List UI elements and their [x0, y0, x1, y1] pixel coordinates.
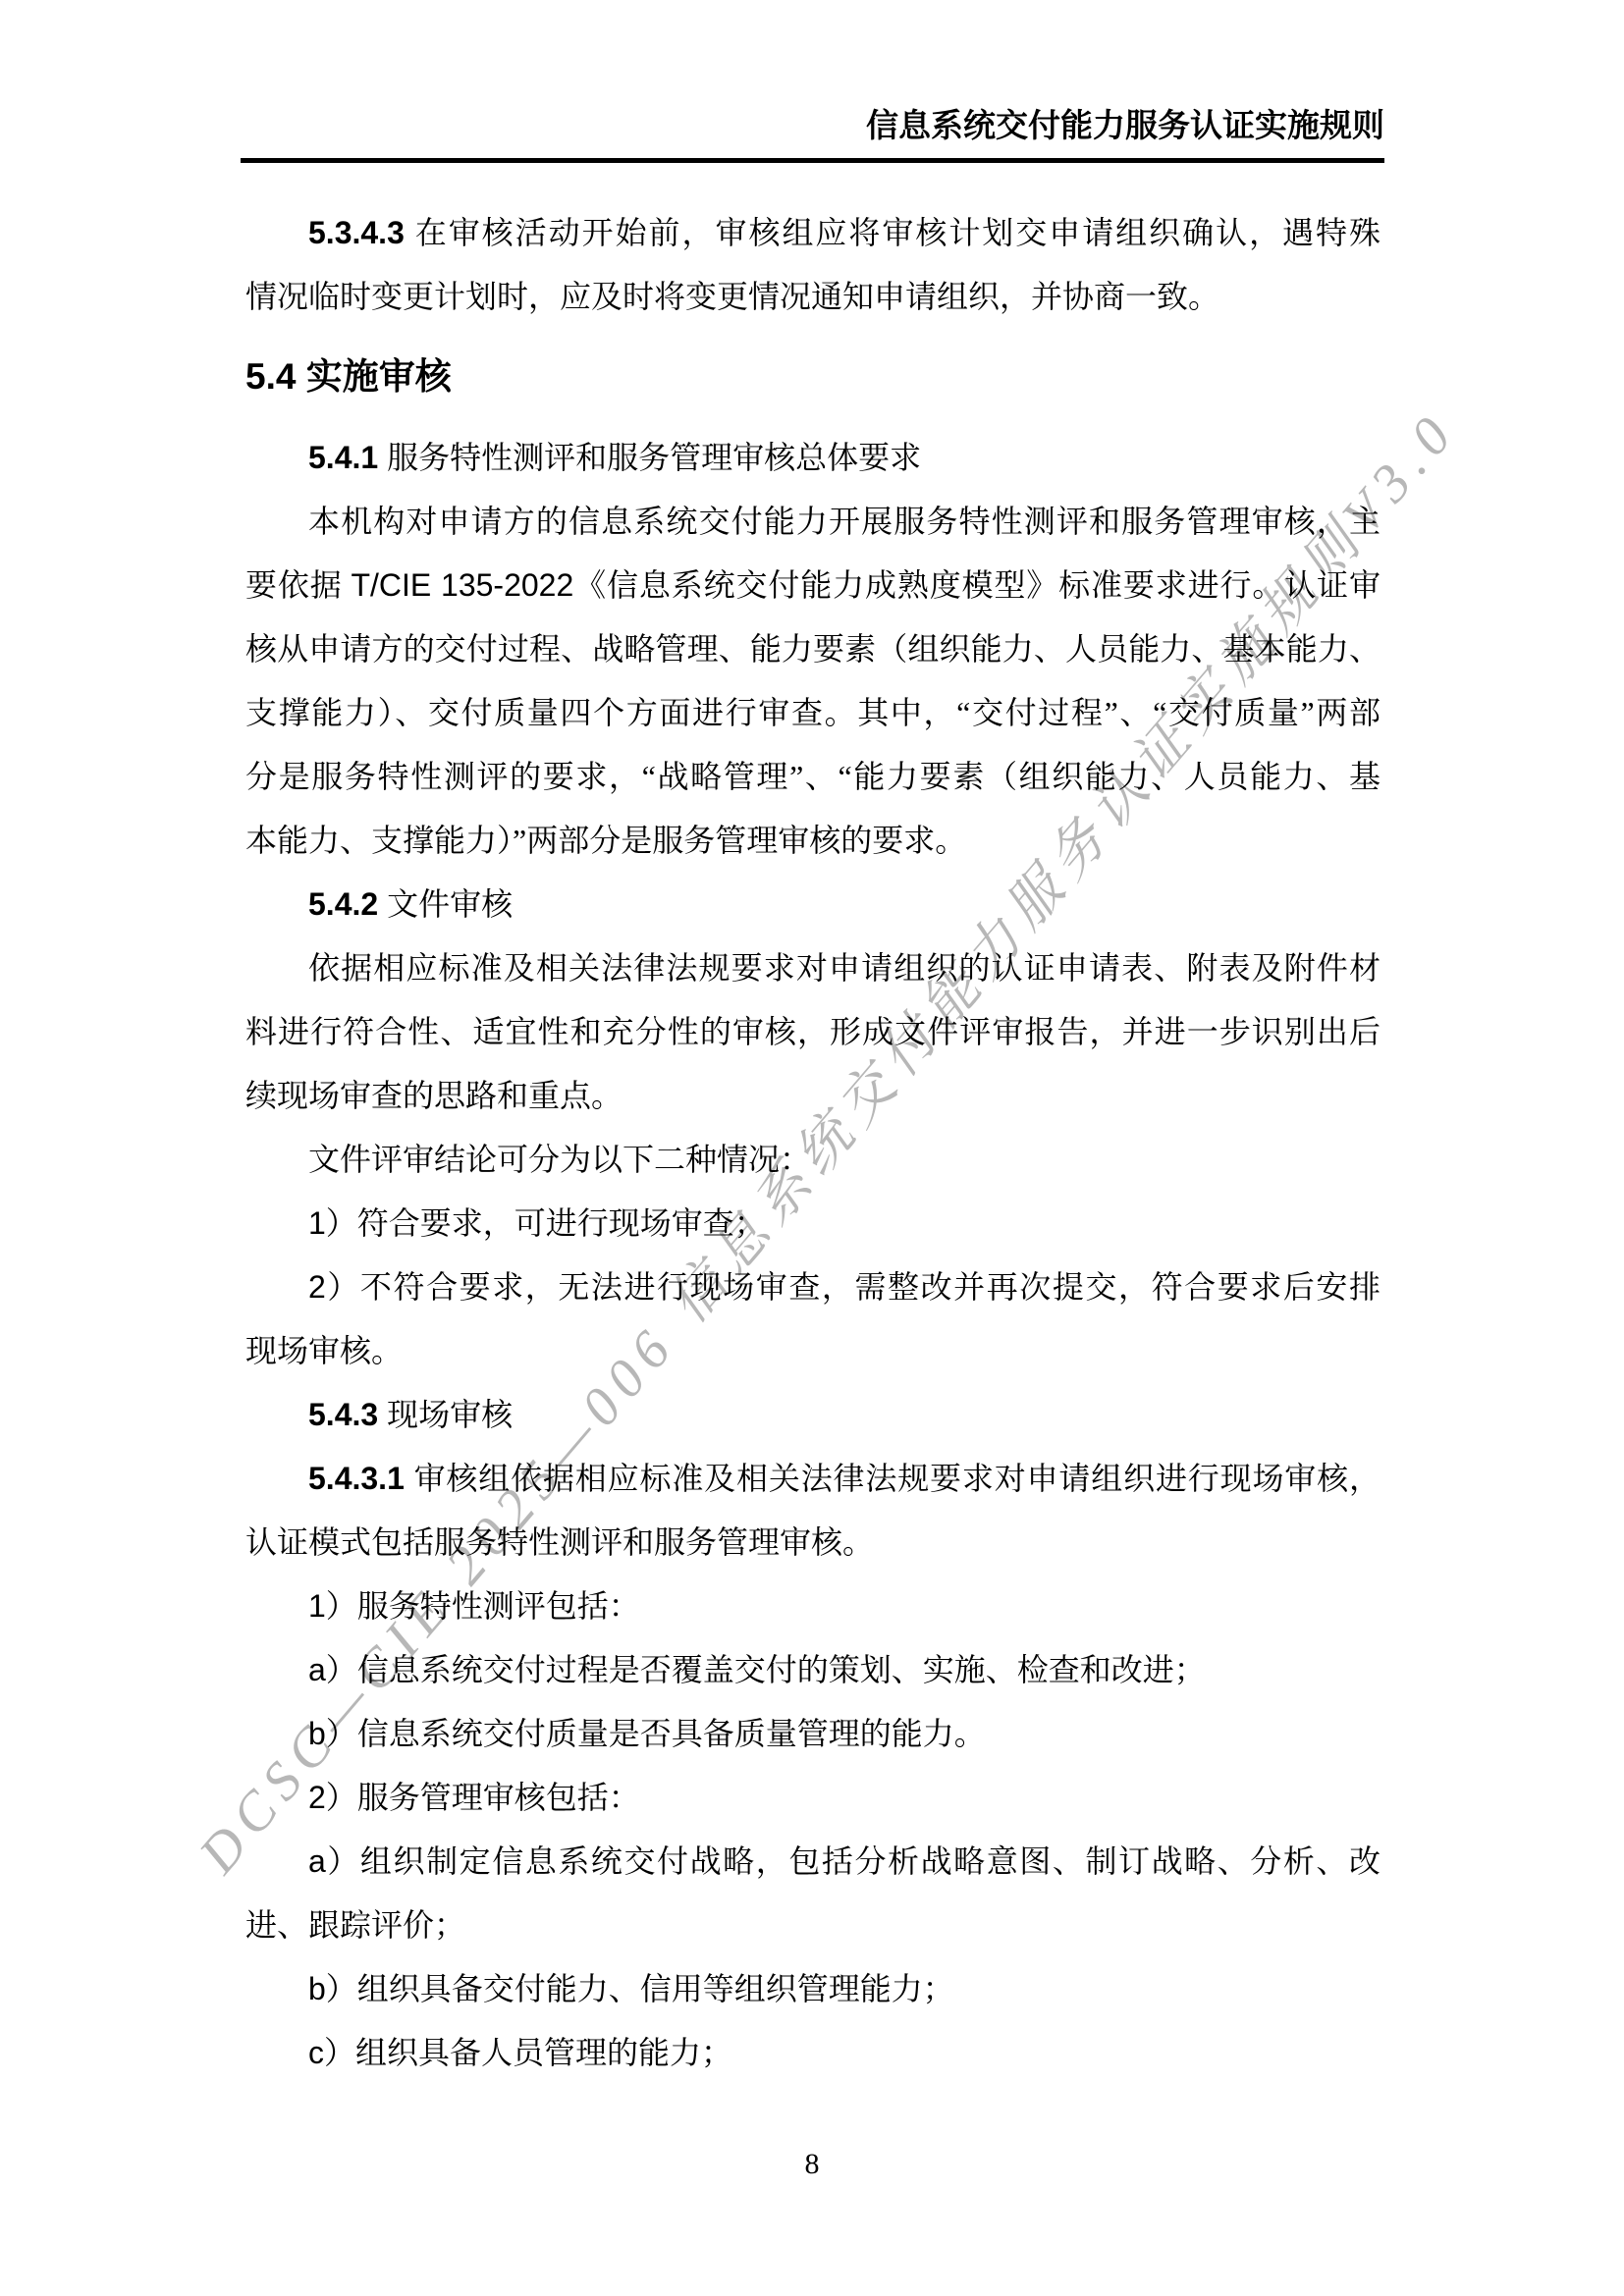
- text-line: 本机构对申请方的信息系统交付能力开展服务特性测评和服务管理审核，主: [245, 490, 1380, 554]
- text-line: 情况临时变更计划时，应及时将变更情况通知申请组织，并协商一致。: [245, 265, 1380, 329]
- text-line: 支撑能力）、交付质量四个方面进行审查。其中，“交付过程”、“交付质量”两部: [245, 681, 1380, 745]
- text-line: 进、跟踪评价；: [245, 1894, 1380, 1957]
- section-number: 5.4.3.1: [308, 1461, 414, 1496]
- text-segment: c: [308, 2035, 324, 2070]
- text-line: 5.4.3.1 审核组依据相应标准及相关法律法规要求对申请组织进行现场审核，: [245, 1447, 1380, 1511]
- text-line: 5.3.4.3 在审核活动开始前，审核组应将审核计划交申请组织确认，遇特殊: [245, 201, 1380, 265]
- text-segment: 2: [308, 1780, 326, 1815]
- page-header-title: 信息系统交付能力服务认证实施规则: [241, 108, 1384, 145]
- text-segment: 现场审核。: [245, 1333, 403, 1368]
- text-line: 现场审核。: [245, 1319, 1380, 1383]
- text-line: 2）服务管理审核包括：: [245, 1766, 1380, 1830]
- text-line: 1）符合要求，可进行现场审查；: [245, 1192, 1380, 1255]
- text-segment: 续现场审查的思路和重点。: [245, 1078, 623, 1113]
- text-segment: 在审核活动开始前，审核组应将审核计划交申请组织确认，遇特殊: [415, 215, 1380, 250]
- text-segment: 文件评审结论可分为以下二种情况：: [308, 1142, 811, 1177]
- text-segment: 支撑能力）、交付质量四个方面进行审查。其中，“交付过程”、“交付质量”两部: [245, 695, 1380, 730]
- section-number: 5.4.2: [308, 886, 387, 922]
- text-segment: 现场审核: [387, 1397, 513, 1432]
- text-segment: 情况临时变更计划时，应及时将变更情况通知申请组织，并协商一致。: [245, 279, 1219, 314]
- text-segment: T/CIE 135-2022: [351, 567, 573, 603]
- text-line: 要依据 T/CIE 135-2022《信息系统交付能力成熟度模型》标准要求进行。…: [245, 554, 1380, 617]
- text-segment: 《信息系统交付能力成熟度模型》标准要求进行。认证审: [573, 567, 1380, 603]
- text-segment: 认证模式包括服务特性测评和服务管理审核。: [245, 1524, 874, 1560]
- section-heading: 5.4 实施审核: [245, 345, 1380, 408]
- document-page: DCSC—CIE 2025—006 信息系统交付能力服务认证实施规则V3.0 信…: [0, 0, 1624, 2296]
- text-line: 5.4.2 文件审核: [245, 873, 1380, 936]
- section-number: 5.4.1: [308, 440, 387, 475]
- text-line: 文件评审结论可分为以下二种情况：: [245, 1128, 1380, 1192]
- text-line: 1）服务特性测评包括：: [245, 1575, 1380, 1638]
- text-line: 续现场审查的思路和重点。: [245, 1064, 1380, 1128]
- text-segment: ）信息系统交付质量是否具备质量管理的能力。: [326, 1716, 986, 1751]
- text-segment: 核从申请方的交付过程、战略管理、能力要素（组织能力、人员能力、基本能力、: [245, 631, 1380, 667]
- text-line: b）组织具备交付能力、信用等组织管理能力；: [245, 1957, 1380, 2021]
- text-segment: ）组织具备交付能力、信用等组织管理能力；: [326, 1971, 954, 2006]
- text-line: c）组织具备人员管理的能力；: [245, 2021, 1380, 2085]
- text-segment: 本机构对申请方的信息系统交付能力开展服务特性测评和服务管理审核，主: [308, 504, 1380, 539]
- text-segment: 依据相应标准及相关法律法规要求对申请组织的认证申请表、附表及附件材: [308, 950, 1380, 986]
- text-line: a）信息系统交付过程是否覆盖交付的策划、实施、检查和改进；: [245, 1638, 1380, 1702]
- text-line: 认证模式包括服务特性测评和服务管理审核。: [245, 1511, 1380, 1575]
- text-segment: ）信息系统交付过程是否覆盖交付的策划、实施、检查和改进；: [326, 1652, 1206, 1687]
- text-line: 依据相应标准及相关法律法规要求对申请组织的认证申请表、附表及附件材: [245, 936, 1380, 1000]
- text-segment: ）符合要求，可进行现场审查；: [326, 1205, 766, 1241]
- text-segment: b: [308, 1971, 326, 2006]
- document-body: 5.3.4.3 在审核活动开始前，审核组应将审核计划交申请组织确认，遇特殊情况临…: [245, 201, 1380, 2085]
- text-segment: 审核组依据相应标准及相关法律法规要求对申请组织进行现场审核，: [414, 1461, 1380, 1496]
- text-segment: 实施审核: [306, 357, 452, 398]
- section-number: 5.4.3: [308, 1397, 387, 1432]
- section-number: 5.4: [245, 356, 306, 397]
- text-segment: 服务特性测评和服务管理审核总体要求: [387, 440, 921, 475]
- text-line: 料进行符合性、适宜性和充分性的审核，形成文件评审报告，并进一步识别出后: [245, 1000, 1380, 1064]
- text-line: 5.4.3 现场审核: [245, 1383, 1380, 1447]
- text-segment: 分是服务特性测评的要求，“战略管理”、“能力要素（组织能力、人员能力、基: [245, 759, 1380, 794]
- text-segment: b: [308, 1716, 326, 1751]
- text-segment: 要依据: [245, 567, 351, 603]
- text-line: 本能力、支撑能力）”两部分是服务管理审核的要求。: [245, 809, 1380, 873]
- text-segment: 进、跟踪评价；: [245, 1907, 465, 1943]
- text-line: b）信息系统交付质量是否具备质量管理的能力。: [245, 1702, 1380, 1766]
- text-line: 5.4.1 服务特性测评和服务管理审核总体要求: [245, 426, 1380, 490]
- text-segment: 2: [308, 1269, 326, 1305]
- text-segment: 本能力、支撑能力）”两部分是服务管理审核的要求。: [245, 823, 966, 858]
- section-number: 5.3.4.3: [308, 215, 415, 250]
- text-segment: 料进行符合性、适宜性和充分性的审核，形成文件评审报告，并进一步识别出后: [245, 1014, 1380, 1049]
- text-line: 核从申请方的交付过程、战略管理、能力要素（组织能力、人员能力、基本能力、: [245, 617, 1380, 681]
- page-number: 8: [0, 2148, 1624, 2181]
- text-line: a）组织制定信息系统交付战略，包括分析战略意图、制订战略、分析、改: [245, 1830, 1380, 1894]
- text-line: 2）不符合要求，无法进行现场审查，需整改并再次提交，符合要求后安排: [245, 1255, 1380, 1319]
- header-rule-line: [241, 158, 1384, 163]
- text-segment: a: [308, 1652, 326, 1687]
- text-segment: 文件审核: [387, 886, 513, 922]
- text-segment: ）不符合要求，无法进行现场审查，需整改并再次提交，符合要求后安排: [326, 1269, 1380, 1305]
- text-segment: 1: [308, 1588, 326, 1624]
- text-segment: ）服务特性测评包括：: [326, 1588, 640, 1624]
- text-segment: 1: [308, 1205, 326, 1241]
- text-segment: ）服务管理审核包括：: [326, 1780, 640, 1815]
- text-line: 分是服务特性测评的要求，“战略管理”、“能力要素（组织能力、人员能力、基: [245, 745, 1380, 809]
- text-segment: a: [308, 1843, 326, 1879]
- text-segment: ）组织制定信息系统交付战略，包括分析战略意图、制订战略、分析、改: [326, 1843, 1380, 1879]
- text-segment: ）组织具备人员管理的能力；: [324, 2035, 732, 2070]
